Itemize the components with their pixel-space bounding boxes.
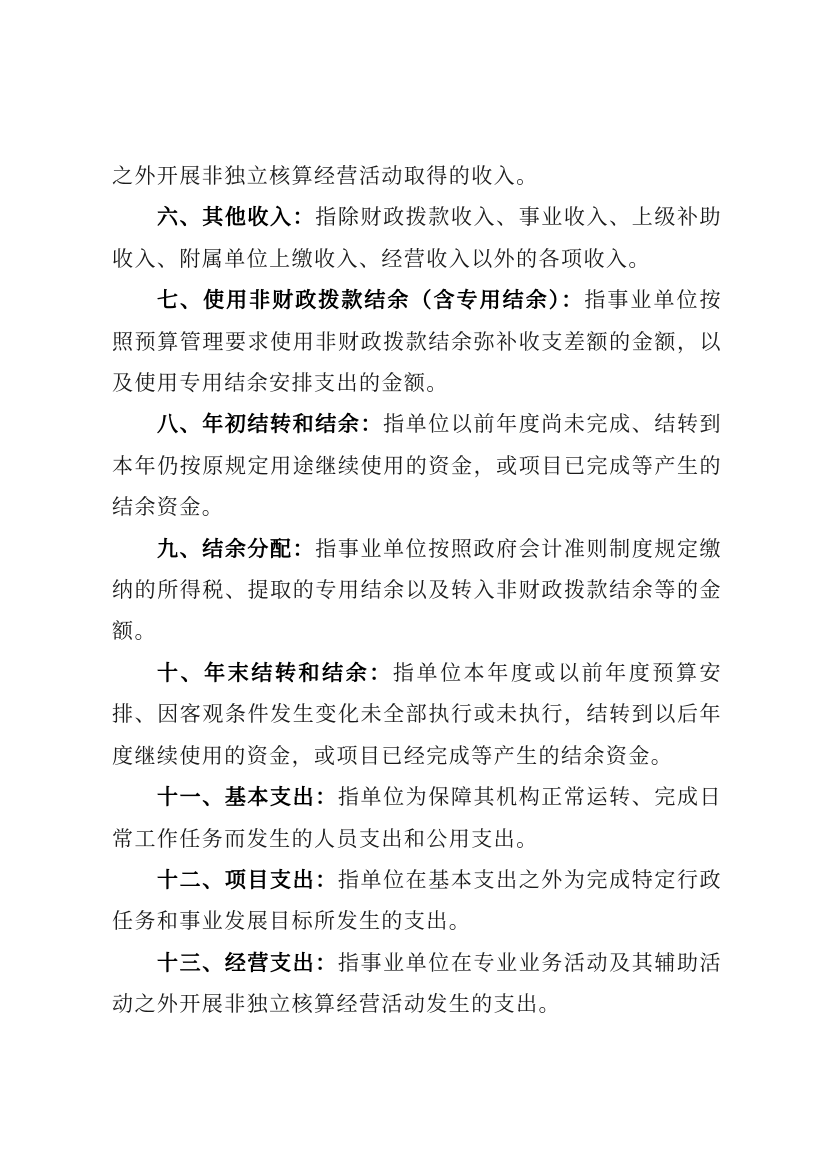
paragraph-body: 之外开展非独立核算经营活动取得的收入。 [112, 164, 539, 188]
paragraph-other-income: 六、其他收入：指除财政拨款收入、事业收入、上级补助收入、附属单位上缴收入、经营收… [112, 197, 722, 280]
paragraph-project-expenditure: 十二、项目支出：指单位在基本支出之外为完成特定行政任务和事业发展目标所发生的支出… [112, 860, 722, 943]
term-heading: 九、结余分配： [157, 537, 315, 561]
paragraph-operating-expenditure: 十三、经营支出：指事业单位在专业业务活动及其辅助活动之外开展非独立核算经营活动发… [112, 943, 722, 1026]
term-heading: 十、年末结转和结余： [157, 661, 393, 685]
paragraph-surplus-distribution: 九、结余分配：指事业单位按照政府会计准则制度规定缴纳的所得税、提取的专用结余以及… [112, 529, 722, 653]
term-heading: 十二、项目支出： [157, 868, 338, 892]
paragraph-opening-carryover: 八、年初结转和结余：指单位以前年度尚未完成、结转到本年仍按原规定用途继续使用的资… [112, 404, 722, 528]
document-page: 之外开展非独立核算经营活动取得的收入。 六、其他收入：指除财政拨款收入、事业收入… [112, 156, 722, 1026]
paragraph-non-fiscal-surplus-use: 七、使用非财政拨款结余（含专用结余）：指事业单位按照预算管理要求使用非财政拨款结… [112, 280, 722, 404]
term-heading: 七、使用非财政拨款结余（含专用结余）： [157, 288, 584, 312]
paragraph-basic-expenditure: 十一、基本支出：指单位为保障其机构正常运转、完成日常工作任务而发生的人员支出和公… [112, 777, 722, 860]
paragraph-continuation: 之外开展非独立核算经营活动取得的收入。 [112, 156, 722, 197]
paragraph-closing-carryover: 十、年末结转和结余：指单位本年度或以前年度预算安排、因客观条件发生变化未全部执行… [112, 653, 722, 777]
term-heading: 十三、经营支出： [157, 951, 338, 975]
term-heading: 八、年初结转和结余： [157, 412, 383, 436]
term-heading: 六、其他收入： [157, 205, 315, 229]
term-heading: 十一、基本支出： [157, 785, 338, 809]
